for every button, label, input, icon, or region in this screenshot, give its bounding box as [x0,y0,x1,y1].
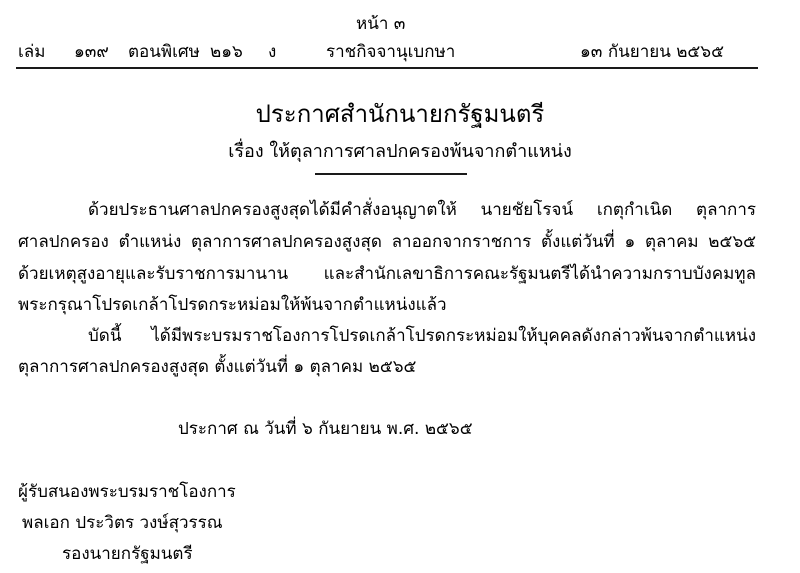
paragraph2-line1: บัดนี้ ได้มีพระบรมราชโองการโปรดเกล้าโปรด… [88,322,756,349]
section-number: ๒๑๖ [210,38,243,65]
publication-name: ราชกิจจานุเบกษา [326,38,455,65]
paragraph1-line2: ศาลปกครอง ตำแหน่ง ตุลาการศาลปกครองสูงสุด… [18,228,756,255]
volume-label: เล่ม [18,38,45,65]
paragraph2-line2: ตุลาการศาลปกครองสูงสุด ตั้งแต่วันที่ ๑ ต… [18,353,756,380]
announcement-date: ประกาศ ณ วันที่ ๖ กันยายน พ.ศ. ๒๕๖๕ [178,415,473,442]
signatory-name: พลเอก ประวิตร วงษ์สุวรรณ [22,509,223,536]
paragraph1-line4: พระกรุณาโปรดเกล้าโปรดกระหม่อมให้พ้นจากตำ… [18,291,756,318]
document-subject: เรื่อง ให้ตุลาการศาลปกครองพ้นจากตำแหน่ง [0,136,800,165]
countersign-label: ผู้รับสนองพระบรมราชโองการ [18,478,236,505]
document-title: ประกาศสำนักนายกรัฐมนตรี [0,94,800,133]
page-number: หน้า ๓ [356,10,405,37]
paragraph1-line1: ด้วยประธานศาลปกครองสูงสุดได้มีคำสั่งอนุญ… [88,196,756,223]
title-underline [315,173,467,175]
header-rule [16,67,758,69]
volume-number: ๑๓๙ [74,38,109,65]
signatory-position: รองนายกรัฐมนตรี [62,540,193,567]
section-letter: ง [268,38,276,65]
publication-date: ๑๓ กันยายน ๒๕๖๕ [580,38,724,65]
section-label: ตอนพิเศษ [128,38,200,65]
paragraph1-line3: ด้วยเหตุสูงอายุและรับราชการมานาน และสำนั… [18,260,756,287]
